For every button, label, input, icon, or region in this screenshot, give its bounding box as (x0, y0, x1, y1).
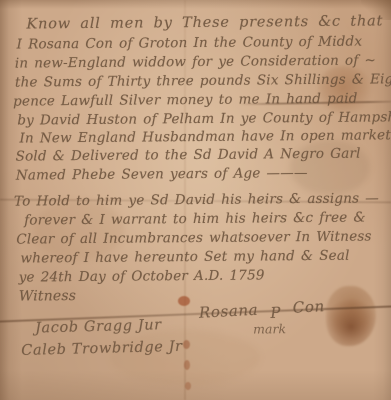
signer-given-name: Rosana (199, 301, 259, 322)
manuscript-line: Sold & Delivered to the Sd David A Negro… (16, 146, 361, 165)
manuscript-line: forever & I warrant to him his heirs &c … (24, 210, 366, 229)
witness-signature: Jacob Gragg Jur (35, 317, 162, 336)
manuscript-line: Clear of all Incumbrances whatsoever In … (16, 228, 371, 247)
signature-mark-caption: mark (253, 321, 286, 336)
manuscript-line: the Sums of Thirty three pounds Six Shil… (15, 71, 391, 90)
manuscript-line: Know all men by These presents &c that (26, 13, 383, 32)
manuscript-text: Know all men by These presents &c that I… (0, 0, 391, 400)
manuscript-line: Named Phebe Seven years of Age ——— (16, 165, 308, 184)
manuscript-line: I Rosana Con of Groton In the County of … (17, 34, 363, 53)
witness-label: Witness (19, 288, 76, 304)
witness-signature: Caleb Trowbridge Jr (21, 339, 183, 359)
manuscript-line: ye 24th Day of October A.D. 1759 (19, 267, 265, 285)
manuscript-line: by David Huston of Pelham In ye County o… (17, 109, 391, 128)
signer-signature: RosanaPCon (199, 297, 326, 322)
signature-mark: P (270, 303, 282, 322)
manuscript-line: whereof I have hereunto Set my hand & Se… (20, 248, 349, 267)
manuscript-line: in new-England widdow for ye Considerati… (15, 52, 376, 71)
manuscript-photo: Know all men by These presents &c that I… (0, 0, 391, 400)
signer-surname: Con (292, 297, 325, 317)
manuscript-line: To Hold to him ye Sd David his heirs & a… (14, 190, 379, 209)
manuscript-line: In New England Husbandman have In open m… (19, 127, 391, 146)
manuscript-line: pence Lawfull Silver money to me In hand… (13, 91, 358, 110)
